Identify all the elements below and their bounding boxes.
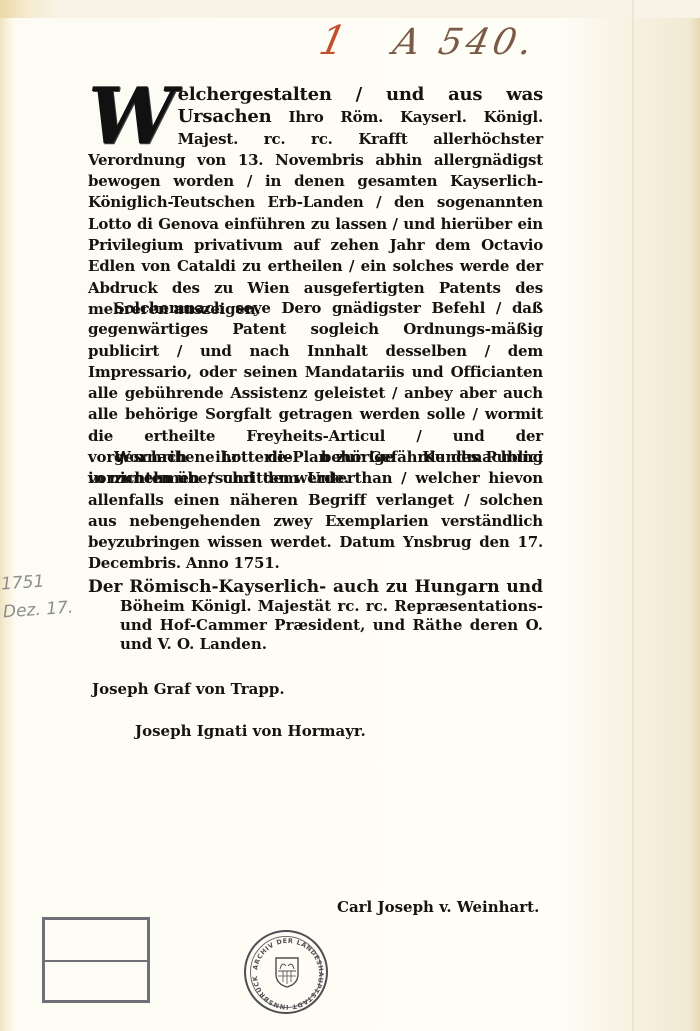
margin-note-date: Dez. 17. xyxy=(2,594,74,627)
archive-box-divider xyxy=(45,960,147,962)
coat-of-arms-shield-icon xyxy=(274,956,300,988)
shelfmark-red-mark: 1 xyxy=(315,18,354,64)
paragraph-3-text: Wornach ihr die behörige Kundmachung vor… xyxy=(88,447,543,575)
paper-fold-line xyxy=(632,0,634,1031)
issuing-authority-line-1: Der Römisch-Kayserlich- auch zu Hungarn … xyxy=(88,578,543,597)
paper-edge-strip xyxy=(0,0,700,18)
signature-weinhart: Carl Joseph v. Weinhart. xyxy=(337,898,539,916)
document-page: 1 A 540. W elchergestalten / und aus was… xyxy=(0,0,700,1031)
archive-stamp: ARCHIV DER LANDESHAUPTSTADT INNSBRUCK • xyxy=(244,930,328,1014)
paragraph-3: Wornach ihr die behörige Kundmachung vor… xyxy=(88,447,543,575)
pencil-margin-note: 1751 Dez. 17. xyxy=(0,566,74,627)
decorated-initial-w: W xyxy=(88,86,172,148)
paragraph-1: W elchergestalten / und aus was Ursachen… xyxy=(88,84,543,320)
shelfmark-brown-mark: A 540. xyxy=(389,22,539,63)
handwritten-shelfmark: 1 A 540. xyxy=(315,18,541,64)
signature-hormayr: Joseph Ignati von Hormayr. xyxy=(135,722,366,740)
issuing-authority: Der Römisch-Kayserlich- auch zu Hungarn … xyxy=(88,578,543,654)
issuing-authority-rest: Böheim Königl. Majestät rc. rc. Repræsen… xyxy=(88,597,543,654)
signature-trapp: Joseph Graf von Trapp. xyxy=(92,680,285,698)
archive-label-box xyxy=(42,917,150,1003)
